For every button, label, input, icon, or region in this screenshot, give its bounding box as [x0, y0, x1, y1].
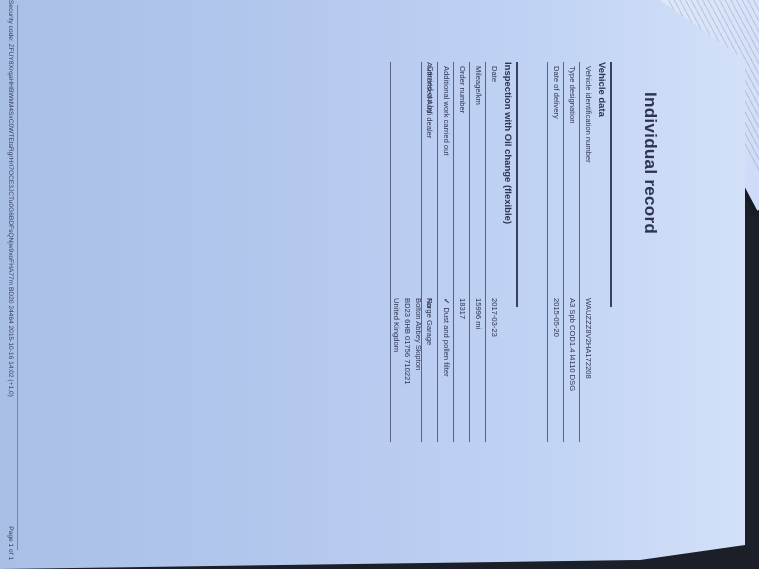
footer: Security code: ZFUY8XrqaHHBWkM4SxC0WTEts…: [7, 0, 14, 560]
inspection-section: Inspection with Oil change (flexible) Da…: [390, 62, 518, 442]
document-content: Individual record Vehicle data Vehicle i…: [0, 0, 690, 569]
row-value: No: [425, 298, 434, 308]
table-row: Type designation A3 Spb COD1.4 l4110 DSG: [563, 62, 579, 442]
table-row: Mileage/km 15996 mi: [469, 62, 485, 442]
table-row: Vehicle identification number WAUZZZ8V2H…: [579, 62, 595, 442]
row-label: Authorised Audi dealer: [425, 62, 434, 298]
check-icon: ✓: [442, 298, 451, 304]
row-value: ✓Dust and pollen filter: [442, 298, 451, 442]
row-value: A3 Spb COD1.4 l4110 DSG: [568, 298, 577, 442]
row-label: Vehicle identification number: [584, 62, 593, 298]
row-label: Order number: [458, 62, 467, 298]
row-label: Mileage/km: [474, 62, 483, 298]
row-label: Date of delivery: [552, 62, 561, 298]
table-row: Date of delivery 2015-05-20: [547, 62, 563, 442]
table-row: Order number 18317: [453, 62, 469, 442]
page-title: Individual record: [640, 92, 660, 234]
address-line: United Kingdom: [391, 298, 402, 442]
row-label: Type designation: [568, 62, 577, 298]
table-row: Authorised Audi dealer No: [421, 62, 434, 442]
vehicle-data-section: Vehicle data Vehicle identification numb…: [547, 62, 612, 442]
row-value: 18317: [458, 298, 467, 442]
section-heading: Vehicle data: [595, 62, 612, 307]
table-row: Date 2017-03-23: [485, 62, 501, 442]
row-value: WAUZZZ8V2HA172208: [584, 298, 593, 442]
work-item: Dust and pollen filter: [442, 307, 451, 376]
section-heading: Inspection with Oil change (flexible): [501, 62, 518, 307]
dealer-section: Authorised Audi dealer No: [421, 62, 440, 442]
row-value: 2015-05-20: [552, 298, 561, 442]
page-number: Page 1 of 1: [7, 526, 14, 560]
row-value: 2017-03-23: [490, 298, 499, 442]
row-value: 15996 mi: [474, 298, 483, 442]
footer-divider: [17, 5, 18, 550]
security-code: Security code: ZFUY8XrqaHHBWkM4SxC0WTEts…: [7, 0, 14, 526]
row-label: Additional work carried out: [442, 62, 451, 298]
row-label: Date: [490, 62, 499, 298]
address-line: BD23 6HB 01756 710221: [402, 298, 413, 442]
